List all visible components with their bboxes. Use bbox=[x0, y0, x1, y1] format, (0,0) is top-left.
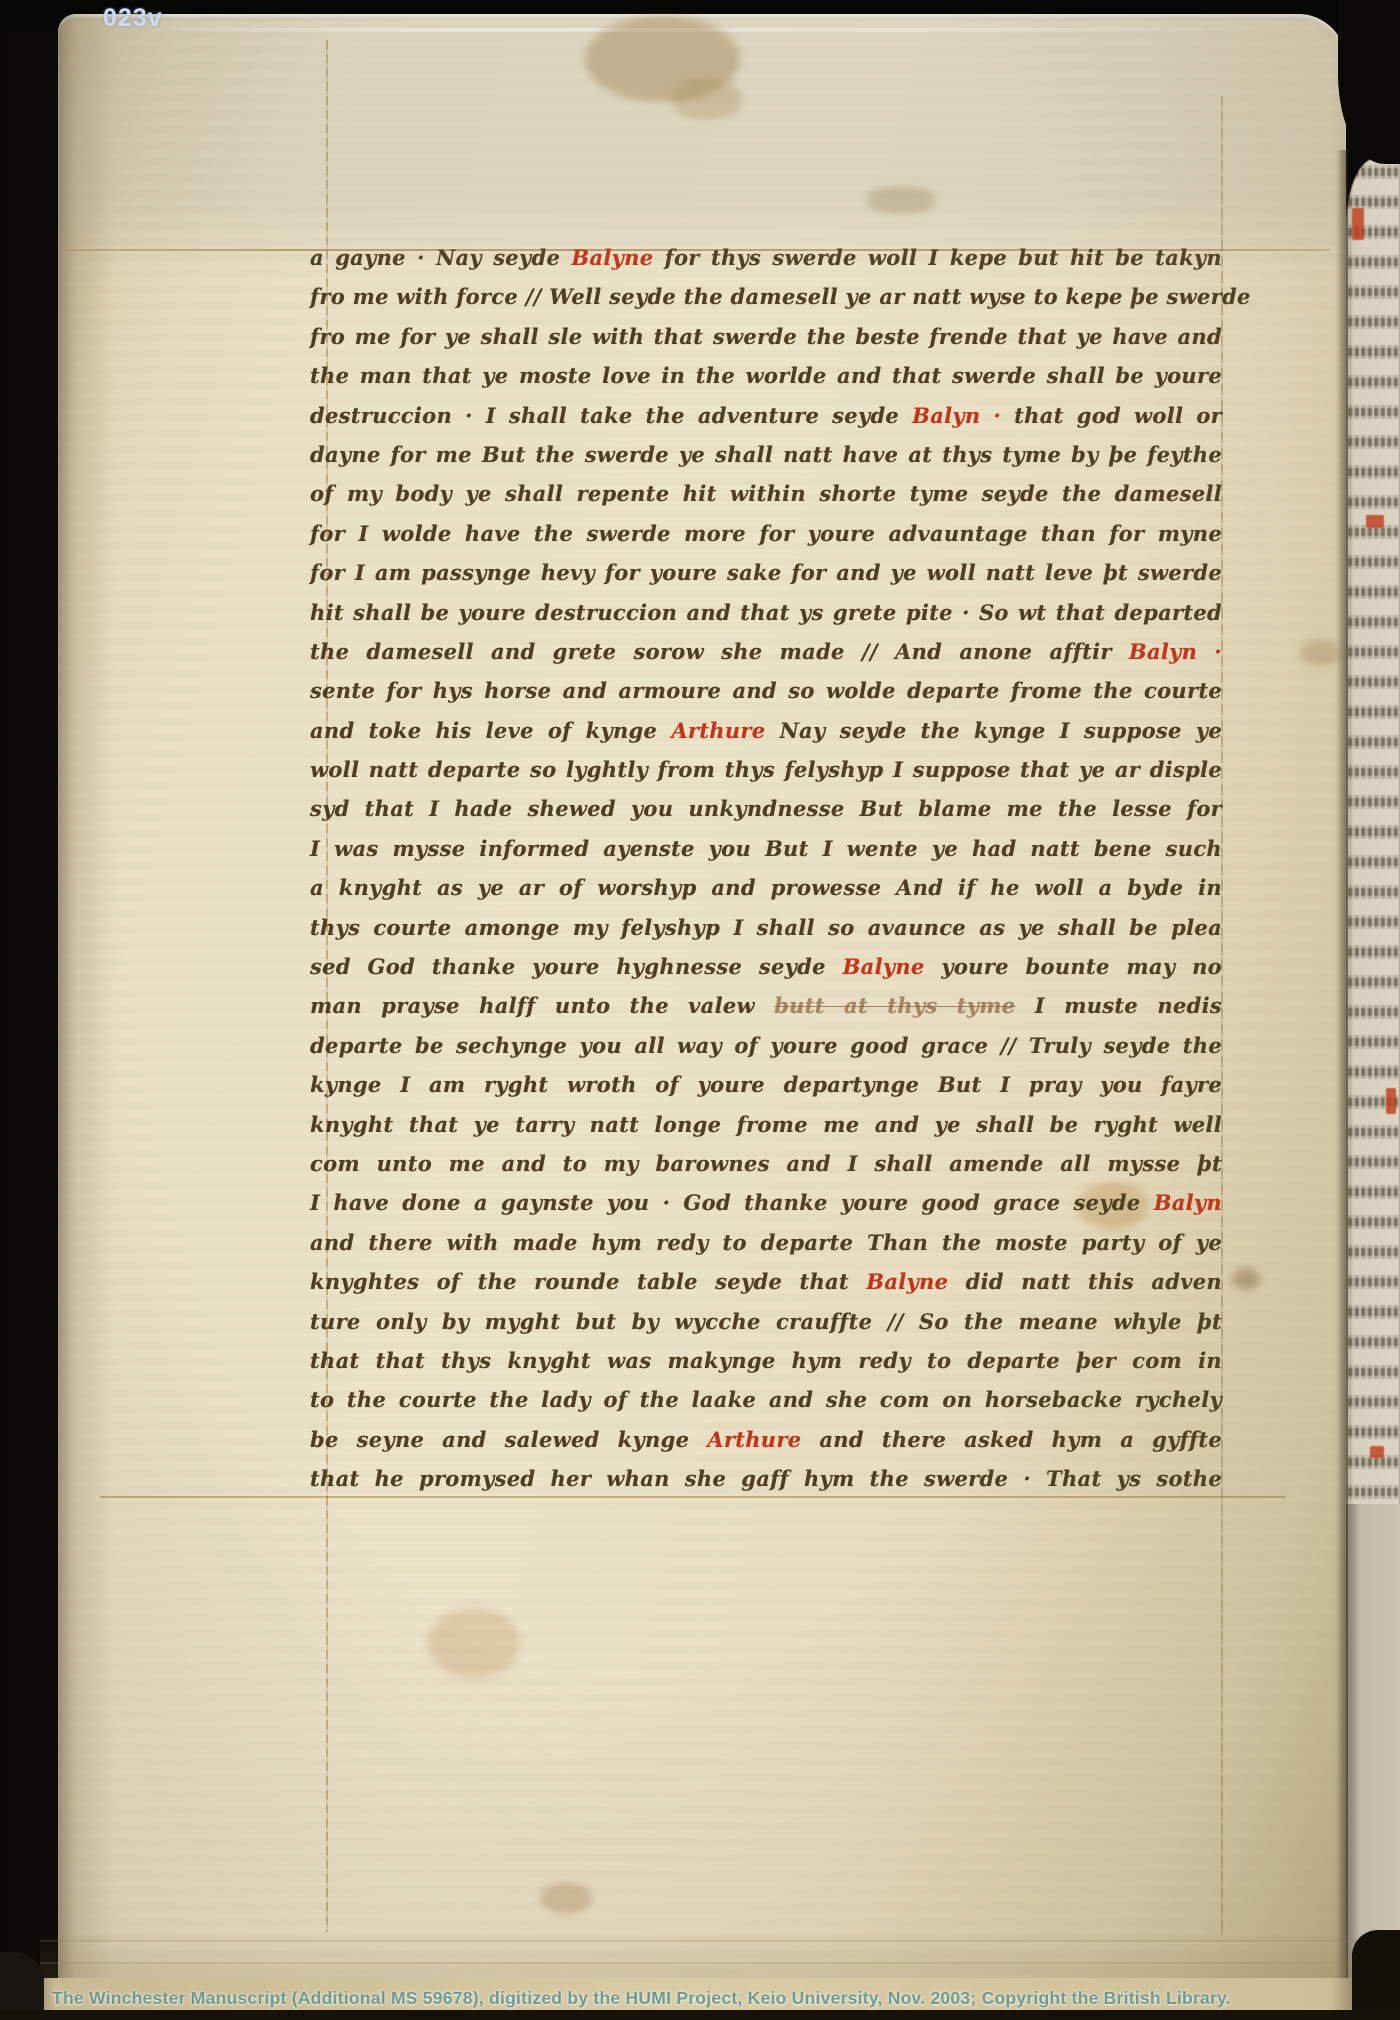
caption: The Winchester Manuscript (Additional MS… bbox=[52, 1988, 1382, 2009]
manuscript-viewer: a gayne · Nay seyde Balyne for thys swer… bbox=[0, 0, 1400, 2020]
facing-page-red-text-mark bbox=[1366, 515, 1384, 528]
facing-page-red-text-mark bbox=[1370, 1446, 1384, 1458]
lower-page-edge bbox=[1346, 1504, 1400, 1996]
facing-page-red-text-mark bbox=[1386, 1088, 1396, 1114]
top-right-background bbox=[1338, 0, 1400, 164]
page-vignette-overlay bbox=[58, 14, 1346, 1996]
folio-label: 023v bbox=[103, 4, 163, 33]
facing-page-sliver bbox=[1346, 158, 1400, 1506]
page-fold-shadow bbox=[1336, 150, 1348, 2000]
left-page-edge-stack bbox=[8, 6, 60, 2014]
bottom-black-edge bbox=[0, 2010, 1400, 2020]
facing-page-red-text-mark bbox=[1352, 208, 1364, 240]
book-spine-edge bbox=[0, 0, 8, 2020]
